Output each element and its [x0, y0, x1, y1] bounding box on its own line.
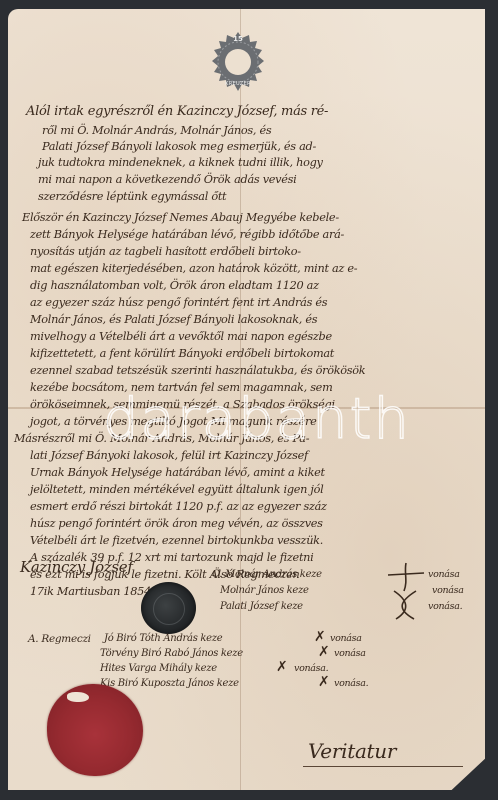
body-line: szerződésre léptünk egymással őtt — [38, 190, 226, 203]
watermark: darabanth — [103, 387, 443, 452]
buyer-name: Ö. Molnár András keze — [212, 569, 322, 580]
buyer-mark: vonása — [432, 585, 464, 596]
body-line: Először én Kazinczy József Nemes Abauj M… — [22, 211, 339, 224]
x-mark-icon: ✗ — [318, 674, 330, 690]
body-line: Urnak Bányok Helysége határában lévő, am… — [30, 466, 325, 479]
veritatur-signature: Veritatur — [308, 739, 396, 763]
body-line: Palati József Bányoli lakosok meg esmerj… — [42, 140, 316, 153]
document-page: 15 KREUZER Alól irtak egyrészről én Kazi… — [8, 9, 485, 790]
witness-mark: vonása. — [334, 678, 368, 689]
body-line: zett Bányok Helysége határában lévő, rég… — [30, 228, 344, 241]
body-line: 17ik Martiusban 1854. — [30, 585, 154, 598]
signature-underline — [303, 766, 463, 767]
body-line: kifizettetett, a fent körülírt Bányoki e… — [30, 347, 334, 360]
buyer-name: Palati József keze — [220, 601, 303, 612]
stamp-label: KREUZER — [207, 81, 269, 87]
body-line: nyosítás utján az tagbeli hasított erdőb… — [30, 245, 301, 258]
x-mark-icon: ✗ — [314, 629, 326, 645]
tax-stamp: 15 KREUZER — [207, 31, 269, 93]
witness-name: Hites Varga Mihály keze — [100, 663, 217, 674]
body-line: ről mi Ö. Molnár András, Molnár János, é… — [42, 124, 271, 137]
witness-mark: vonása — [334, 648, 366, 659]
body-line: esmert erdő részi birtokát 1120 p.f. az … — [30, 500, 327, 513]
black-wax-seal — [141, 582, 196, 634]
witness-name: Kis Biró Kuposzta János keze — [100, 678, 239, 689]
witness-mark: vonása. — [294, 663, 328, 674]
seal-chip — [67, 692, 89, 702]
buyers-cross-mark-icon — [386, 561, 426, 623]
buyer-mark: vonása — [428, 569, 460, 580]
body-line: jelöltetett, minden mértékével együtt ál… — [30, 483, 323, 496]
body-line: húsz pengő forintért örök áron meg vévén… — [30, 517, 323, 530]
x-mark-icon: ✗ — [318, 644, 330, 660]
body-line: mi mai napon a következendő Örök adás ve… — [38, 173, 296, 186]
body-line: dig használatomban volt, Örök áron eladt… — [30, 279, 319, 292]
body-line: ezennel szabad tetszésük szerinti haszná… — [30, 364, 365, 377]
x-mark-icon: ✗ — [276, 659, 288, 675]
red-wax-seal — [47, 684, 143, 776]
body-line: mat egészen kiterjedésében, azon határok… — [30, 262, 357, 275]
witness-mark: vonása — [330, 633, 362, 644]
buyer-name: Molnár János keze — [220, 585, 309, 596]
body-line: mivelhogy a Vételbéli árt a vevőktől mai… — [30, 330, 332, 343]
stamp-value: 15 — [207, 35, 269, 43]
body-line: juk tudtokra mindeneknek, a kiknek tudni… — [38, 156, 323, 169]
seller-signature: Kazinczy József — [20, 558, 133, 576]
body-line: Alól irtak egyrészről én Kazinczy József… — [26, 104, 328, 119]
witness-name: Törvény Biró Rabó János keze — [100, 648, 243, 659]
witness-place-label: A. Regmeczi — [28, 633, 91, 645]
body-line: Molnár János, és Palati József Bányoli l… — [30, 313, 317, 326]
body-line: az egyezer száz húsz pengő forintért fen… — [30, 296, 327, 309]
witness-name: Jó Biró Tóth András keze — [104, 633, 222, 644]
body-line: Vételbéli árt le fizetvén, ezennel birto… — [30, 534, 323, 547]
buyer-mark: vonása. — [428, 601, 462, 612]
